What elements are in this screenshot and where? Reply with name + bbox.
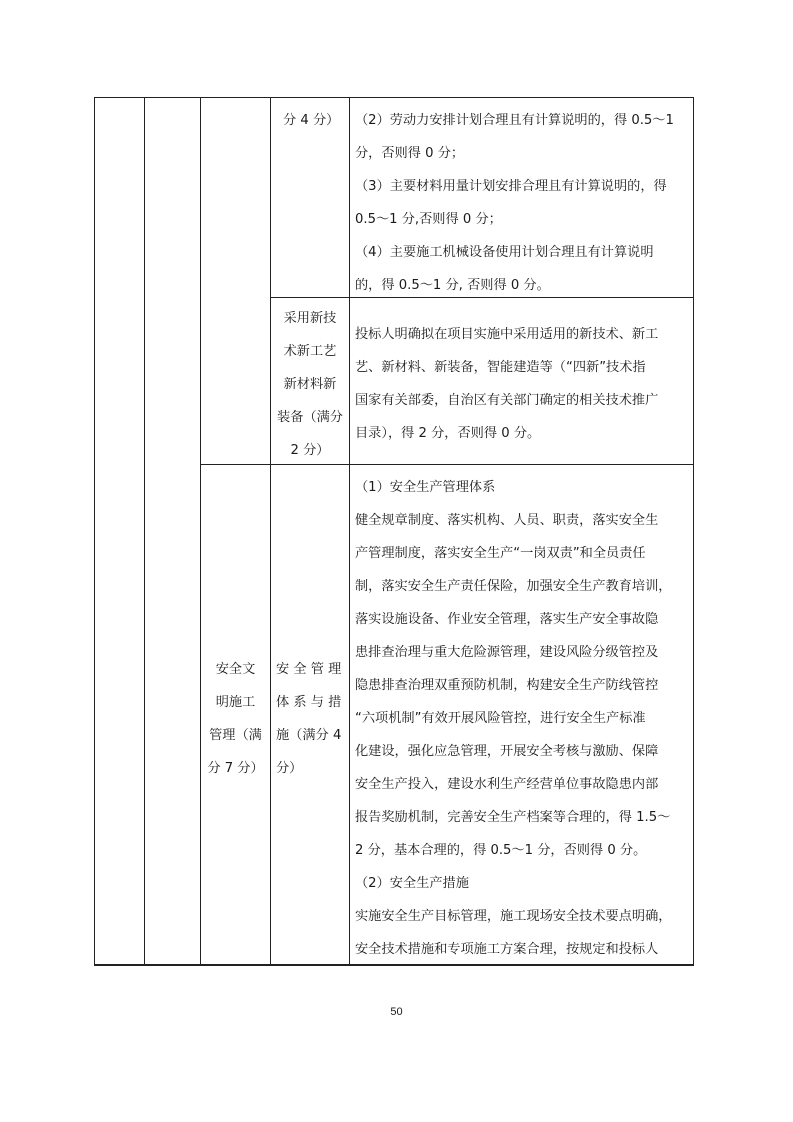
row3-desc-line: 安全生产投入，建设水利生产经营单位事故隐患内部 <box>355 777 658 793</box>
row3-criterion-line: 安 全 管 理 <box>276 662 341 678</box>
row1-desc-line: （3）主要材料用量计划安排合理且有计算说明的，得 <box>355 179 667 195</box>
row3-category-line: 安全文 <box>201 662 270 678</box>
row-divider-2 <box>200 464 694 465</box>
row2-desc-line: 投标人明确拟在项目实施中采用适用的新技术、新工 <box>355 327 658 343</box>
row3-desc-line: 化建设，强化应急管理，开展安全考核与激励、保障 <box>355 744 658 760</box>
table-border-bottom <box>94 964 694 966</box>
row2-desc-line: 目录），得 2 分，否则得 0 分。 <box>355 426 540 442</box>
row3-category-line: 明施工 <box>201 695 270 711</box>
row3-desc-line: 报告奖励机制，完善安全生产档案等合理的，得 1.5～ <box>355 810 670 826</box>
row3-criterion-line: 分） <box>276 761 302 777</box>
row3-desc-heading: （1）安全生产管理体系 <box>355 480 495 496</box>
row2-criterion-line: 新材料新 <box>271 377 349 393</box>
row1-desc-line: 分，否则得 0 分； <box>355 146 464 162</box>
row3-category-line: 管理（满 <box>201 728 270 744</box>
row3-desc-line: 安全技术措施和专项施工方案合理，按规定和投标人 <box>355 942 658 958</box>
row3-desc-heading: （2）安全生产措施 <box>355 876 469 892</box>
row3-desc-line: 2 分，基本合理的，得 0.5～1 分，否则得 0 分。 <box>355 843 646 859</box>
row3-criterion-line: 体 系 与 措 <box>276 695 341 711</box>
row1-desc-line: （4）主要施工机械设备使用计划合理且有计算说明 <box>355 245 654 261</box>
row3-desc-line: 产管理制度，落实安全生产“一岗双责”和全员责任 <box>355 546 646 562</box>
row2-criterion-line: 装备（满分 <box>271 410 349 426</box>
row3-criterion-line: 施（满分 4 <box>276 728 341 744</box>
row3-desc-line: 患排查治理与重大危险源管理，建设风险分级管控及 <box>355 645 658 661</box>
column-divider-3 <box>270 97 271 965</box>
row2-desc-line: 国家有关部委，自治区有关部门确定的相关技术推广 <box>355 393 658 409</box>
row3-desc-line: 隐患排查治理双重预防机制，构建安全生产防线管控 <box>355 678 658 694</box>
row2-criterion-line: 2 分） <box>271 443 349 459</box>
row1-criterion-score: 分 4 分） <box>283 113 339 129</box>
row3-category-line: 分 7 分） <box>201 761 270 777</box>
column-divider-4 <box>349 97 350 965</box>
row-divider-1 <box>270 297 694 298</box>
page-number: 50 <box>0 1006 793 1018</box>
row3-desc-line: 制，落实安全生产责任保险，加强安全生产教育培训， <box>355 579 672 595</box>
row3-desc-line: 实施安全生产目标管理，施工现场安全技术要点明确， <box>355 909 672 925</box>
row1-desc-line: 0.5～1 分,否则得 0 分； <box>355 212 502 228</box>
row1-desc-line: 的，得 0.5～1 分, 否则得 0 分。 <box>355 278 550 294</box>
table-border-right <box>693 97 694 965</box>
row1-desc-line: （2）劳动力安排计划合理且有计算说明的，得 0.5～1 <box>355 113 674 129</box>
row2-criterion-line: 采用新技 <box>271 311 349 327</box>
table-border-top <box>94 97 694 98</box>
column-divider-1 <box>144 97 145 965</box>
row2-criterion-line: 术新工艺 <box>271 344 349 360</box>
table-border-left <box>94 97 95 965</box>
document-page: 分 4 分） （2）劳动力安排计划合理且有计算说明的，得 0.5～1 分，否则得… <box>0 0 793 1122</box>
column-divider-2 <box>200 97 201 965</box>
row3-desc-line: 健全规章制度、落实机构、人员、职责，落实安全生 <box>355 513 658 529</box>
row3-desc-line: 落实设施设备、作业安全管理，落实生产安全事故隐 <box>355 612 658 628</box>
row2-desc-line: 艺、新材料、新装备，智能建造等（“四新”技术指 <box>355 360 646 376</box>
row3-desc-line: “六项机制”有效开展风险管控，进行安全生产标准 <box>355 711 646 727</box>
